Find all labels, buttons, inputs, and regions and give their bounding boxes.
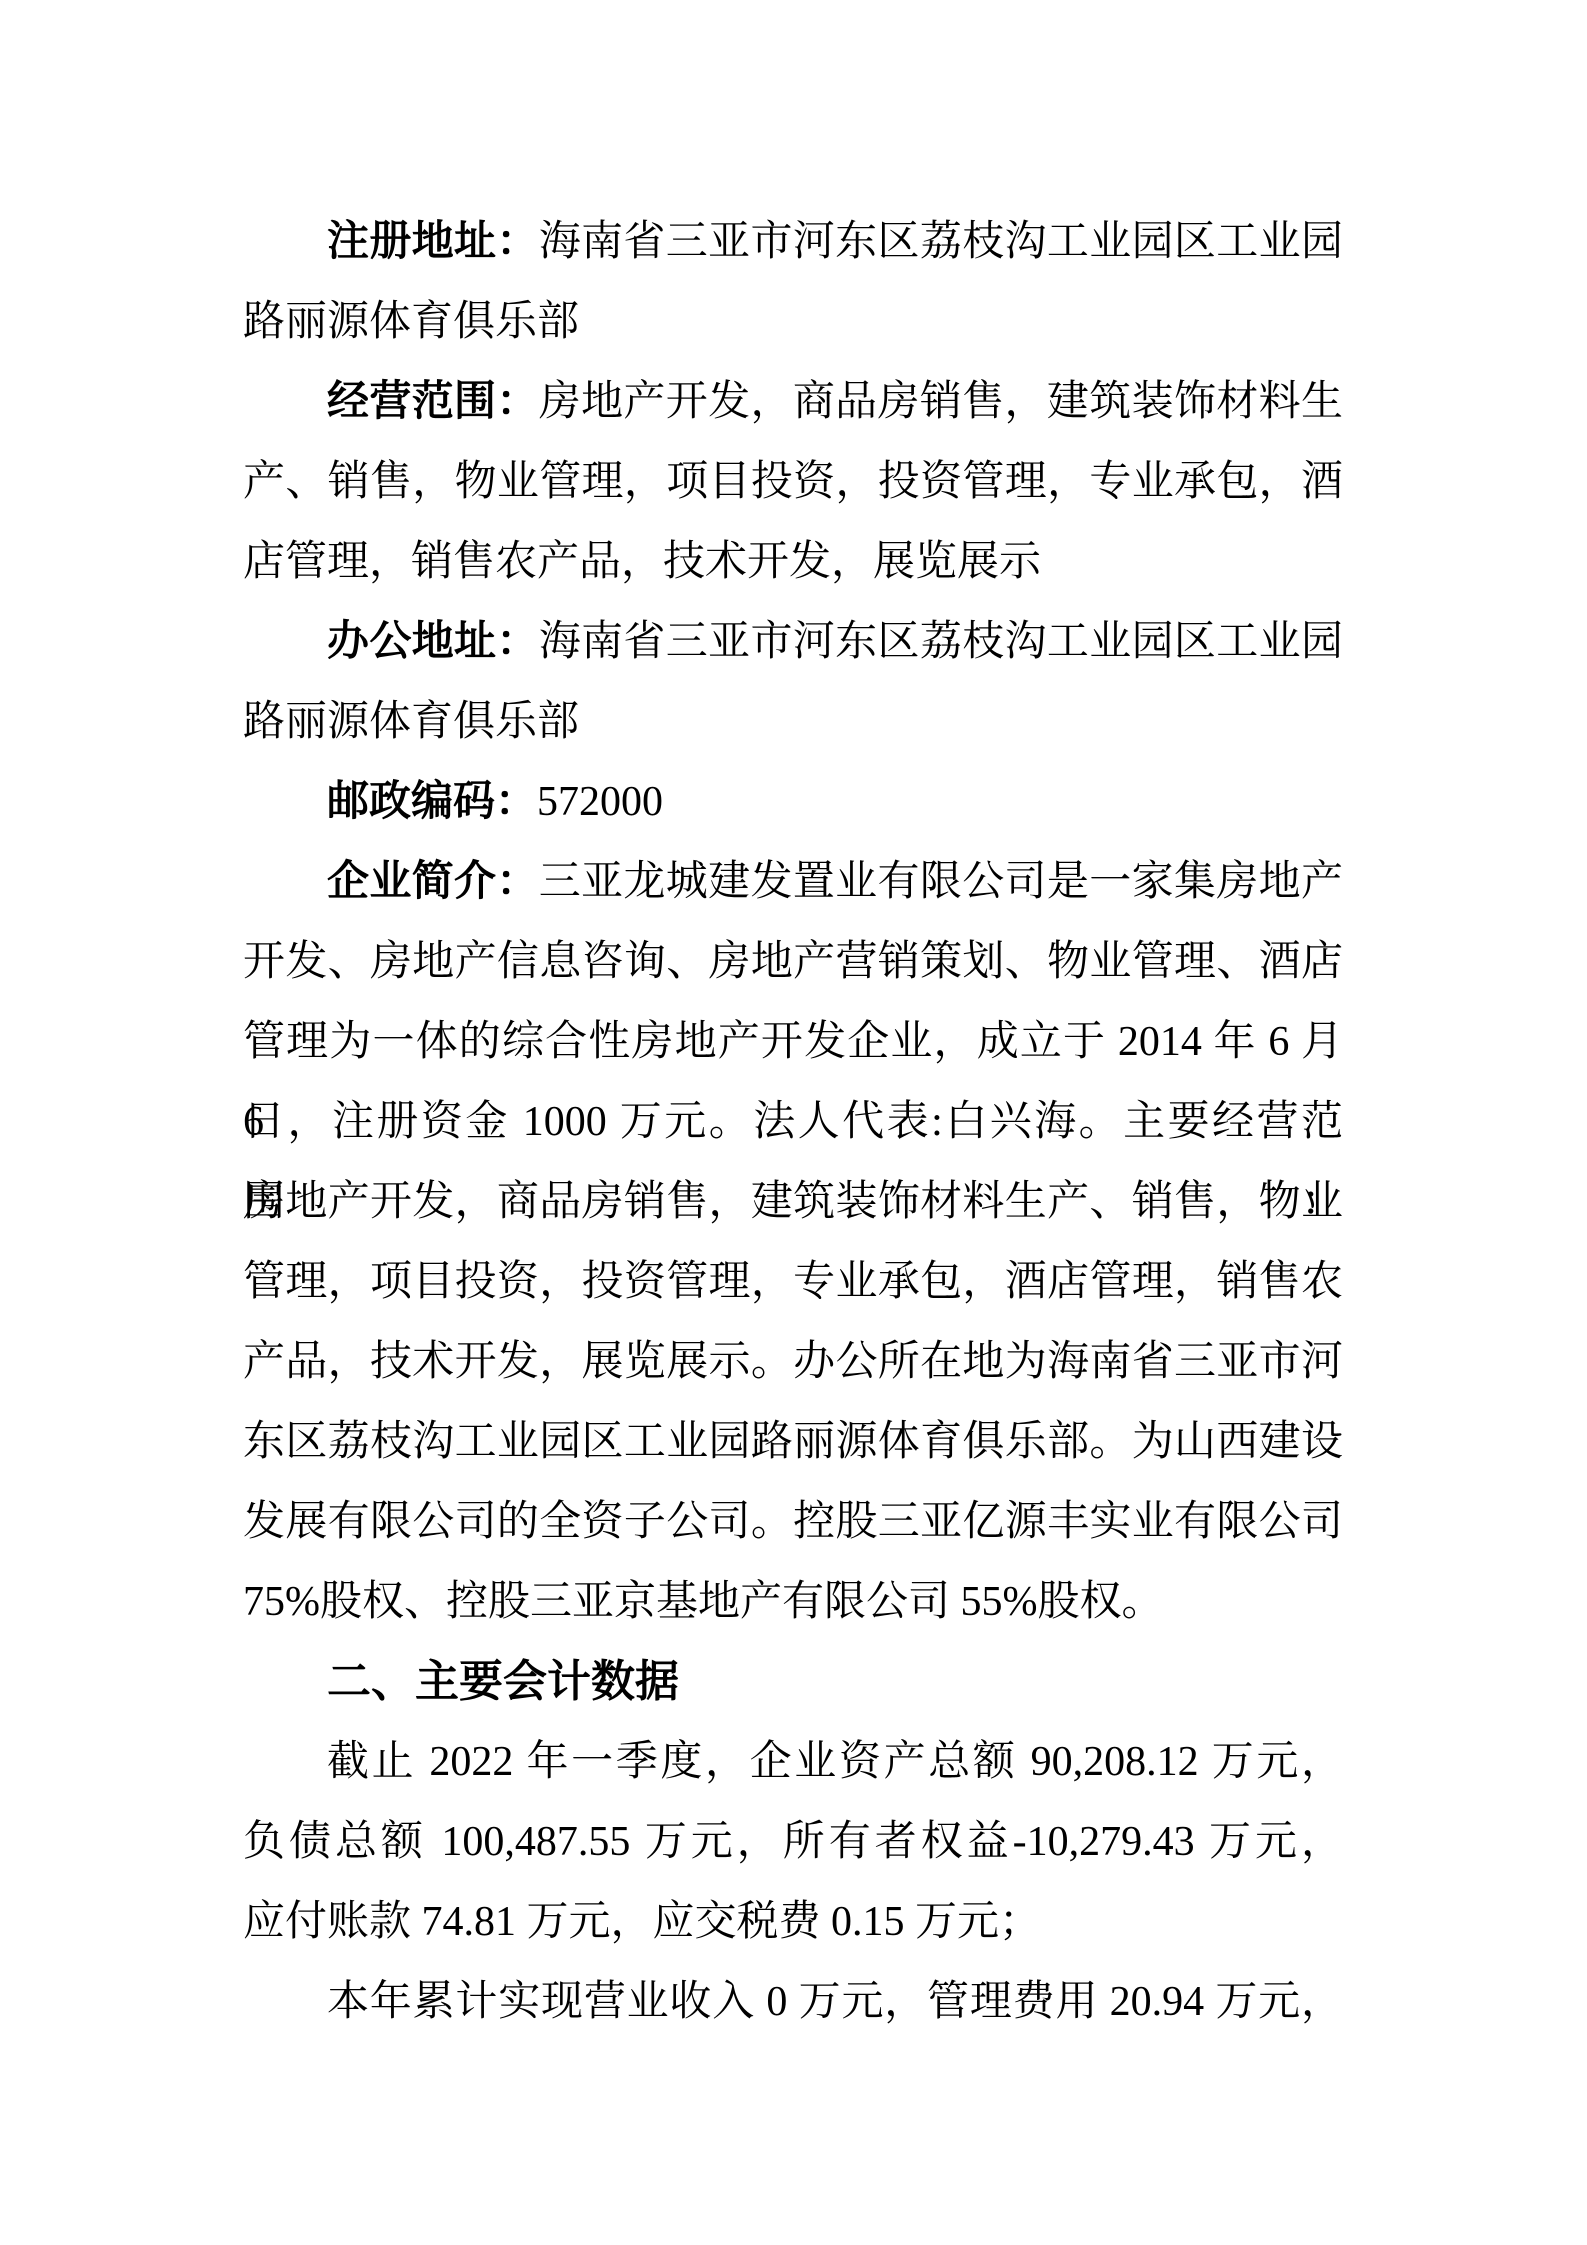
line-postal-code: 邮政编码：572000 <box>243 762 1343 842</box>
document-body: 注册地址：海南省三亚市河东区荔枝沟工业园区工业园 路丽源体育俱乐部 经营范围：房… <box>243 202 1343 2042</box>
registered-address-label: 注册地址： <box>327 219 539 265</box>
line-accounting-data-4: 本年累计实现营业收入 0 万元，管理费用 20.94 万元， <box>243 1962 1343 2042</box>
line-office-address-2: 路丽源体育俱乐部 <box>243 682 1343 762</box>
line-company-profile-4: 日，注册资金 1000 万元。法人代表:白兴海。主要经营范围： <box>243 1082 1343 1162</box>
postal-code-label: 邮政编码： <box>327 779 537 825</box>
accounting-data-text-3: 应付账款 74.81 万元，应交税费 0.15 万元； <box>243 1899 1041 1945</box>
line-company-profile-6: 管理，项目投资，投资管理，专业承包，酒店管理，销售农 <box>243 1242 1343 1322</box>
line-business-scope-2: 产、销售，物业管理，项目投资，投资管理，专业承包，酒 <box>243 442 1343 522</box>
line-registered-address-1: 注册地址：海南省三亚市河东区荔枝沟工业园区工业园 <box>243 202 1343 282</box>
line-company-profile-5: 房地产开发，商品房销售，建筑装饰材料生产、销售，物业 <box>243 1162 1343 1242</box>
line-registered-address-2: 路丽源体育俱乐部 <box>243 282 1343 362</box>
accounting-data-text-4: 本年累计实现营业收入 0 万元，管理费用 20.94 万元， <box>327 1979 1343 2025</box>
accounting-data-text-2: 负债总额 100,487.55 万元，所有者权益-10,279.43 万元， <box>243 1819 1343 1865</box>
company-profile-text-2: 开发、房地产信息咨询、房地产营销策划、物业管理、酒店 <box>243 939 1343 985</box>
office-address-label: 办公地址： <box>327 619 539 665</box>
business-scope-label: 经营范围： <box>327 379 539 425</box>
line-accounting-data-2: 负债总额 100,487.55 万元，所有者权益-10,279.43 万元， <box>243 1802 1343 1882</box>
business-scope-text: 房地产开发，商品房销售，建筑装饰材料生 <box>539 379 1343 425</box>
line-company-profile-8: 东区荔枝沟工业园区工业园路丽源体育俱乐部。为山西建设 <box>243 1402 1343 1482</box>
line-business-scope-3: 店管理，销售农产品，技术开发，展览展示 <box>243 522 1343 602</box>
registered-address-text: 海南省三亚市河东区荔枝沟工业园区工业园 <box>539 219 1343 265</box>
business-scope-text-cont: 产、销售，物业管理，项目投资，投资管理，专业承包，酒 <box>243 459 1343 505</box>
line-company-profile-10: 75%股权、控股三亚京基地产有限公司 55%股权。 <box>243 1562 1343 1642</box>
company-profile-text-6: 管理，项目投资，投资管理，专业承包，酒店管理，销售农 <box>243 1259 1343 1305</box>
office-address-text-cont: 路丽源体育俱乐部 <box>243 699 579 745</box>
section-heading-accounting-data: 二、主要会计数据 <box>243 1642 1343 1722</box>
line-office-address-1: 办公地址：海南省三亚市河东区荔枝沟工业园区工业园 <box>243 602 1343 682</box>
company-profile-text-end: 75%股权、控股三亚京基地产有限公司 55%股权。 <box>243 1579 1163 1625</box>
company-profile-label: 企业简介： <box>327 859 539 905</box>
line-accounting-data-3: 应付账款 74.81 万元，应交税费 0.15 万元； <box>243 1882 1343 1962</box>
company-profile-text-8: 东区荔枝沟工业园区工业园路丽源体育俱乐部。为山西建设 <box>243 1419 1343 1465</box>
postal-code-value: 572000 <box>537 779 663 825</box>
business-scope-text-end: 店管理，销售农产品，技术开发，展览展示 <box>243 539 1041 585</box>
office-address-text: 海南省三亚市河东区荔枝沟工业园区工业园 <box>539 619 1343 665</box>
registered-address-text-cont: 路丽源体育俱乐部 <box>243 299 579 345</box>
company-profile-text-9: 发展有限公司的全资子公司。控股三亚亿源丰实业有限公司 <box>243 1499 1343 1545</box>
line-company-profile-1: 企业简介：三亚龙城建发置业有限公司是一家集房地产 <box>243 842 1343 922</box>
document-page: 注册地址：海南省三亚市河东区荔枝沟工业园区工业园 路丽源体育俱乐部 经营范围：房… <box>0 0 1587 2245</box>
line-company-profile-3: 管理为一体的综合性房地产开发企业，成立于 2014 年 6 月 6 <box>243 1002 1343 1082</box>
line-accounting-data-1: 截止 2022 年一季度，企业资产总额 90,208.12 万元， <box>243 1722 1343 1802</box>
company-profile-text-1: 三亚龙城建发置业有限公司是一家集房地产 <box>539 859 1343 905</box>
line-company-profile-7: 产品，技术开发，展览展示。办公所在地为海南省三亚市河 <box>243 1322 1343 1402</box>
company-profile-text-5: 房地产开发，商品房销售，建筑装饰材料生产、销售，物业 <box>243 1179 1343 1225</box>
line-company-profile-2: 开发、房地产信息咨询、房地产营销策划、物业管理、酒店 <box>243 922 1343 1002</box>
line-company-profile-9: 发展有限公司的全资子公司。控股三亚亿源丰实业有限公司 <box>243 1482 1343 1562</box>
line-business-scope-1: 经营范围：房地产开发，商品房销售，建筑装饰材料生 <box>243 362 1343 442</box>
company-profile-text-7: 产品，技术开发，展览展示。办公所在地为海南省三亚市河 <box>243 1339 1343 1385</box>
accounting-data-text-1: 截止 2022 年一季度，企业资产总额 90,208.12 万元， <box>327 1739 1343 1785</box>
section-heading-text: 二、主要会计数据 <box>327 1657 679 1706</box>
